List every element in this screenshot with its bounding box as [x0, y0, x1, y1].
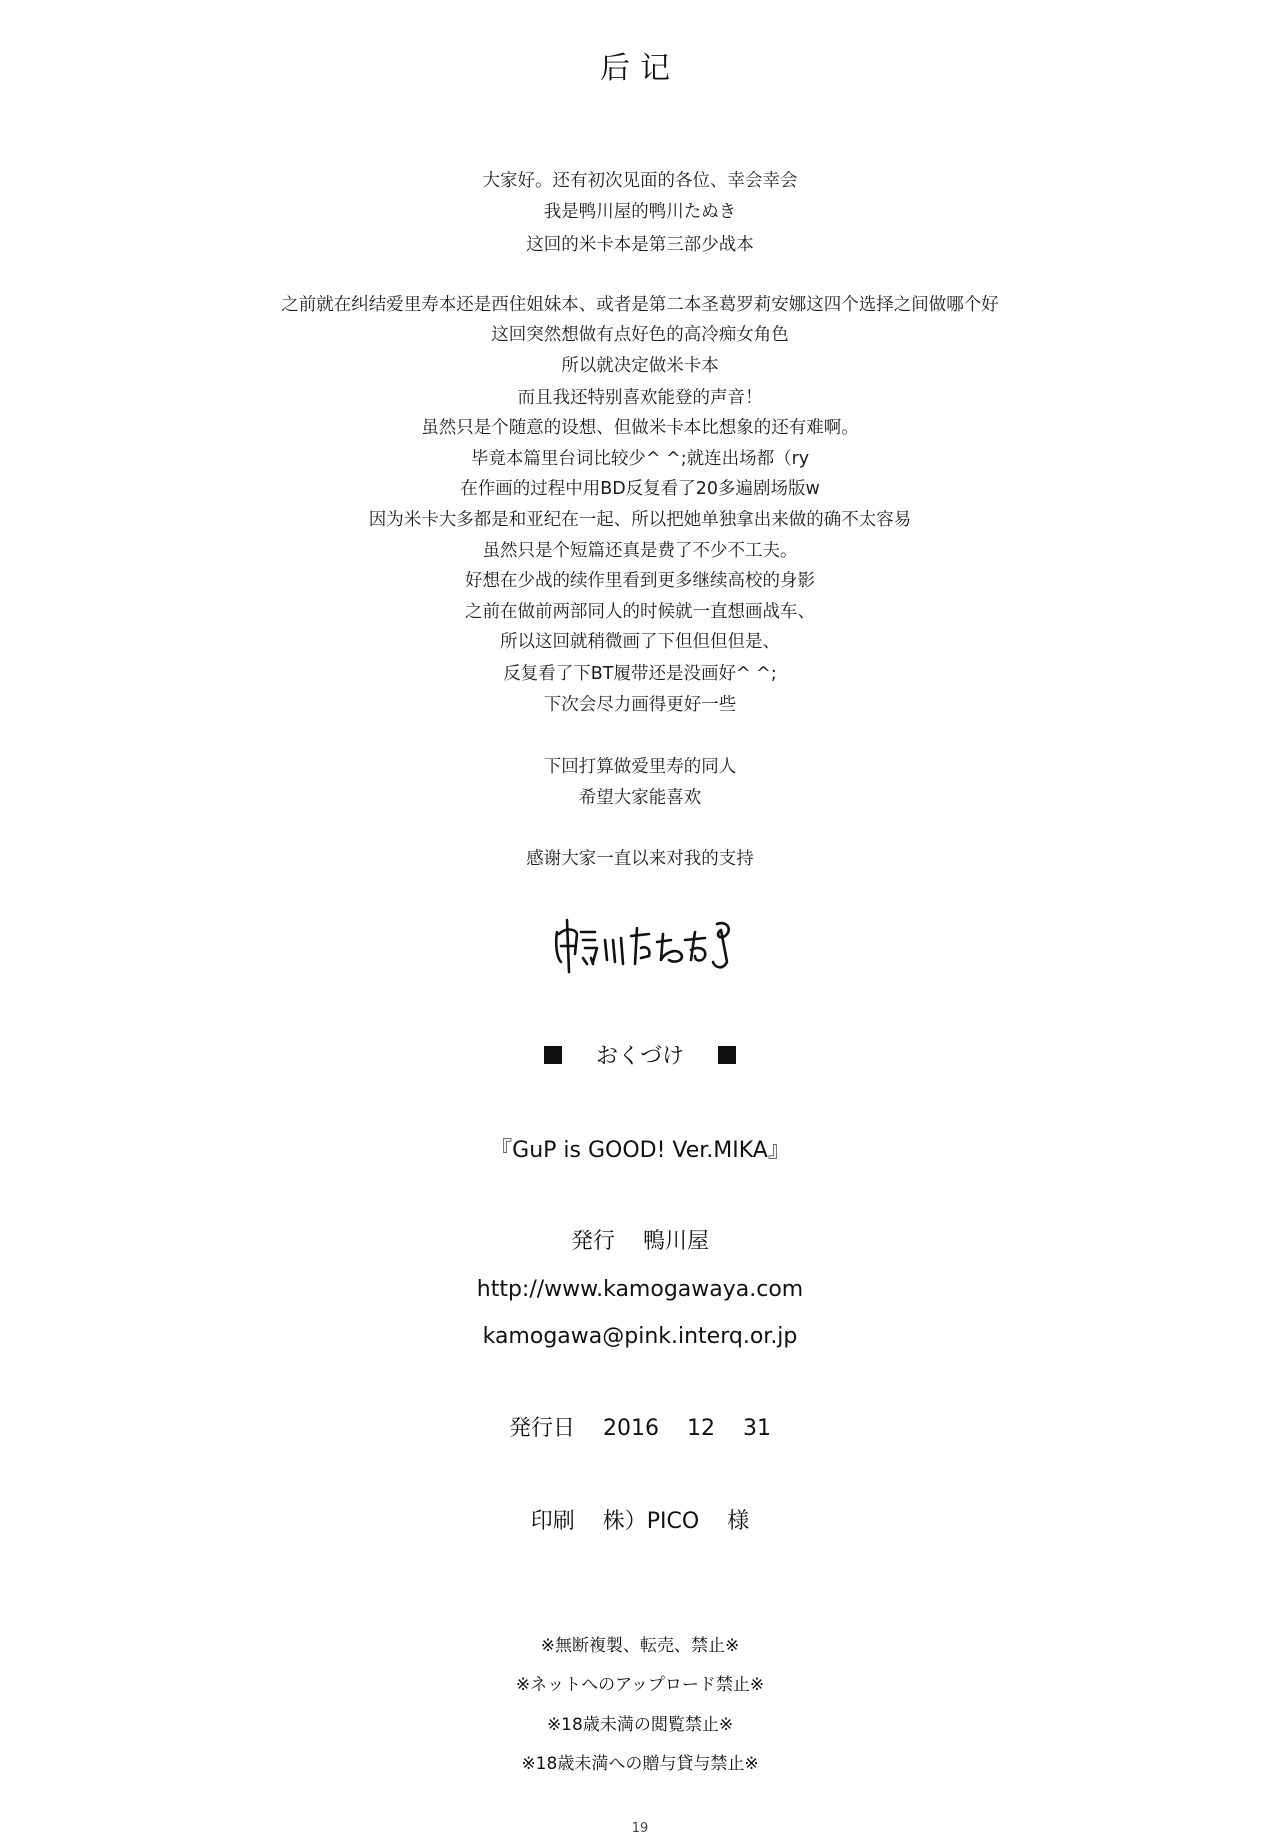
colophon-heading: おくづけ [0, 1046, 1280, 1068]
afterword-line: 这回的米卡本是第三部少战本 [0, 237, 1280, 255]
afterword-line: 所以这回就稍微画了下但但但但是、 [0, 634, 1280, 652]
website-link[interactable]: http://www.kamogawaya.com [0, 1279, 1280, 1301]
printer-suffix: 様 [727, 1509, 749, 1534]
notice-line: ※無断複製、転売、禁止※ [0, 1638, 1280, 1655]
colophon-heading-text: おくづけ [596, 1044, 684, 1069]
afterword-line: 所以就决定做米卡本 [0, 358, 1280, 376]
printer-label: 印刷 [531, 1509, 575, 1534]
date-day: 31 [743, 1416, 771, 1441]
email-link[interactable]: kamogawa@pink.interq.or.jp [0, 1326, 1280, 1348]
publisher-label: 発行 [571, 1229, 615, 1254]
notice-line: ※18歳未満の閲覧禁止※ [0, 1717, 1280, 1734]
publisher-name: 鴨川屋 [643, 1229, 709, 1254]
date-month: 12 [687, 1416, 715, 1441]
afterword-line: 下回打算做爱里寿的同人 [0, 759, 1280, 777]
signature-image [545, 910, 745, 980]
afterword-line: 之前在做前两部同人的时候就一直想画战车、 [0, 604, 1280, 622]
afterword-line: 在作画的过程中用BD反复看了20多遍剧场版w [0, 481, 1280, 499]
afterword-line: 这回突然想做有点好色的高冷痴女角色 [0, 327, 1280, 345]
date-year: 2016 [603, 1416, 659, 1441]
afterword-line: 而且我还特别喜欢能登的声音！ [0, 390, 1280, 408]
afterword-line: 虽然只是个短篇还真是费了不少不工夫。 [0, 543, 1280, 561]
page-number: 19 [0, 1822, 1280, 1835]
afterword-line: 感谢大家一直以来对我的支持 [0, 851, 1280, 869]
afterword-line: 大家好。还有初次见面的各位、幸会幸会 [0, 173, 1280, 191]
publish-date-line: 発行日20161231 [0, 1418, 1280, 1440]
square-bullet-icon [544, 1046, 562, 1064]
notice-line: ※18歳未満への贈与貸与禁止※ [0, 1756, 1280, 1773]
afterword-line: 希望大家能喜欢 [0, 790, 1280, 808]
square-bullet-icon [718, 1046, 736, 1064]
afterword-line: 下次会尽力画得更好一些 [0, 697, 1280, 715]
publisher-line: 発行鴨川屋 [0, 1231, 1280, 1253]
date-label: 発行日 [509, 1416, 575, 1441]
afterword-title: 后记 [0, 54, 1280, 84]
afterword-line: 我是鸭川屋的鸭川たぬき [0, 204, 1280, 222]
book-title: 『GuP is GOOD! Ver.MIKA』 [0, 1140, 1280, 1162]
notice-line: ※ネットへのアップロード禁止※ [0, 1677, 1280, 1694]
afterword-line: 因为米卡大多都是和亚纪在一起、所以把她单独拿出来做的确不太容易 [0, 512, 1280, 530]
printer-name: 株）PICO [603, 1509, 699, 1534]
afterword-line: 好想在少战的续作里看到更多继续高校的身影 [0, 573, 1280, 591]
afterword-line: 反复看了下BT履带还是没画好^ ^; [0, 666, 1280, 684]
afterword-line: 毕竟本篇里台词比较少^ ^;就连出场都（ry [0, 451, 1280, 469]
afterword-line: 之前就在纠结爱里寿本还是西住姐妹本、或者是第二本圣葛罗莉安娜这四个选择之间做哪个… [0, 297, 1280, 315]
afterword-line: 虽然只是个随意的设想、但做米卡本比想象的还有难啊。 [0, 420, 1280, 438]
printer-line: 印刷株）PICO様 [0, 1511, 1280, 1533]
